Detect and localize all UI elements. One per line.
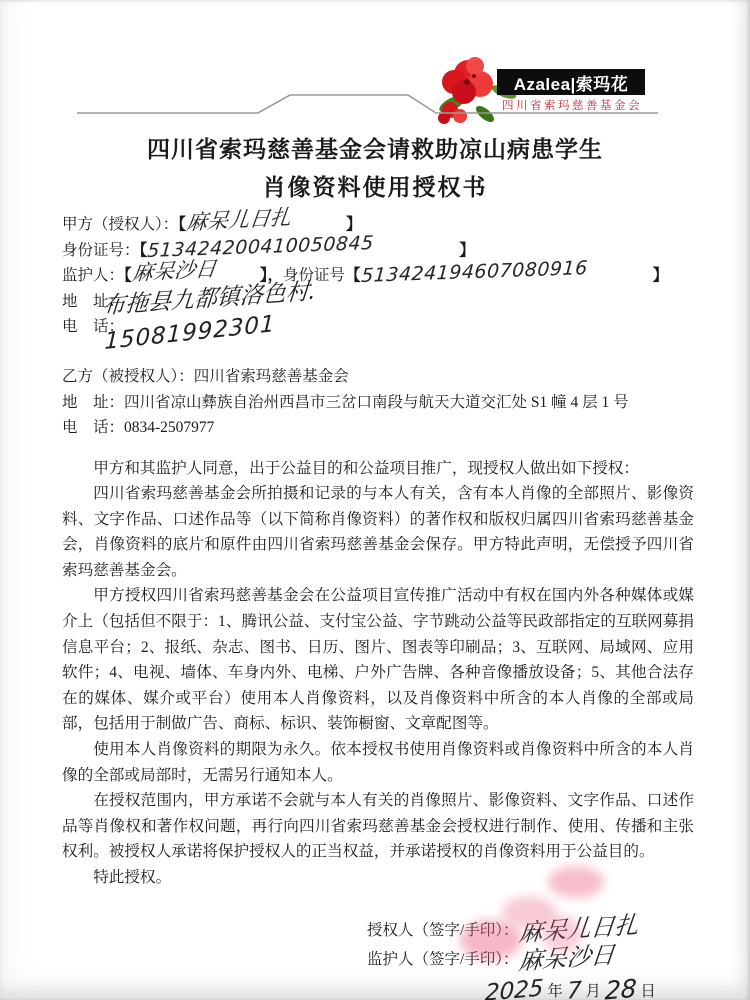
party-a-name-row: 甲方（授权人）：【麻呆儿日扎】	[62, 212, 694, 238]
party-a-name-label: 甲方（授权人）：	[62, 216, 178, 233]
authorizer-signature-handwritten: 麻呆儿日扎	[517, 912, 639, 945]
scanned-authorization-document: Azalea|索玛花 四川省索玛慈善基金会 四川省索玛慈善基金会请救助凉山病患学…	[0, 0, 750, 1000]
close-bracket: 】	[653, 267, 669, 284]
paragraph-2: 四川省索玛慈善基金会所拍摄和记录的与本人有关，含有本人肖像的全部照片、影像资料、…	[62, 481, 694, 583]
header-divider-line	[0, 86, 750, 120]
document-title-line1: 四川省索玛慈善基金会请救助凉山病患学生	[0, 131, 750, 164]
date-day-label: 日	[640, 983, 656, 1000]
party-b-phone-value: 0834-2507977	[124, 419, 214, 436]
document-body: 甲方（授权人）：【麻呆儿日扎】 身份证号：【513424200410050845…	[62, 212, 694, 1000]
open-bracket: 【	[345, 267, 361, 284]
paragraph-3: 甲方授权四川省索玛慈善基金会在公益项目宣传推广活动中有权在国内外各种媒体或媒介上…	[62, 583, 694, 737]
close-bracket: 】	[346, 216, 362, 233]
close-bracket: 】	[459, 242, 475, 259]
authorization-terms: 甲方和其监护人同意，出于公益目的和公益项目推广，现授权人做出如下授权： 四川省索…	[62, 456, 694, 891]
guardian-label: 监护人：	[62, 267, 124, 284]
date-day-handwritten: 28	[604, 975, 637, 1000]
guardian-id-handwritten: 513424194607080916	[360, 259, 588, 286]
party-b-section: 乙方（被授权人）：四川省索玛慈善基金会 地 址：四川省凉山彝族自治州西昌市三岔口…	[62, 364, 694, 441]
guardian-signature-row: 监护人（签字/手印）：麻呆沙日	[367, 944, 694, 973]
party-b-phone-row: 电 话：0834-2507977	[62, 415, 694, 441]
document-title-line2: 肖像资料使用授权书	[0, 169, 750, 202]
party-b-address-label: 地 址：	[62, 394, 124, 411]
paragraph-6: 特此授权。	[62, 865, 694, 891]
party-a-section: 甲方（授权人）：【麻呆儿日扎】 身份证号：【513424200410050845…	[62, 212, 694, 347]
authorizer-signature-label: 授权人（签字/手印）：	[367, 922, 519, 939]
guardian-row: 监护人：【麻呆沙日】，身份证号【513424194607080916】	[62, 263, 694, 289]
date-month-handwritten: 7	[566, 979, 582, 1000]
date-month-label: 月	[585, 983, 601, 1000]
signature-section: 授权人（签字/手印）：麻呆儿日扎 监护人（签字/手印）：麻呆沙日 2025 年 …	[367, 915, 694, 1000]
paragraph-4: 使用本人肖像资料的期限为永久。依本授权书使用肖像资料或肖像资料中所含的本人肖像的…	[62, 737, 694, 788]
party-b-phone-label: 电 话：	[62, 419, 124, 436]
party-b-header: 乙方（被授权人）：四川省索玛慈善基金会	[62, 364, 694, 390]
date-year-label: 年	[547, 983, 563, 1000]
party-b-address-value: 四川省凉山彝族自治州西昌市三岔口南段与航天大道交汇处 S1 幢 4 层 1 号	[124, 394, 629, 411]
party-a-name-handwritten: 麻呆儿日扎	[185, 207, 292, 234]
party-a-id-label: 身份证号：	[62, 242, 140, 259]
guardian-signature-handwritten: 麻呆沙日	[517, 942, 615, 973]
signature-date-row: 2025 年 7 月 28 日	[367, 975, 694, 1000]
authorizer-signature-row: 授权人（签字/手印）：麻呆儿日扎	[367, 915, 694, 944]
paragraph-1: 甲方和其监护人同意，出于公益目的和公益项目推广，现授权人做出如下授权：	[62, 456, 694, 482]
paragraph-5: 在授权范围内，甲方承诺不会就与本人有关的肖像照片、影像资料、文字作品、口述作品等…	[62, 788, 694, 865]
guardian-name-handwritten: 麻呆沙日	[131, 259, 217, 285]
date-year-handwritten: 2025	[484, 977, 544, 1000]
party-b-address-row: 地 址：四川省凉山彝族自治州西昌市三岔口南段与航天大道交汇处 S1 幢 4 层 …	[62, 390, 694, 416]
party-a-id-handwritten: 513424200410050845	[147, 234, 375, 261]
guardian-signature-label: 监护人（签字/手印）：	[367, 951, 519, 968]
